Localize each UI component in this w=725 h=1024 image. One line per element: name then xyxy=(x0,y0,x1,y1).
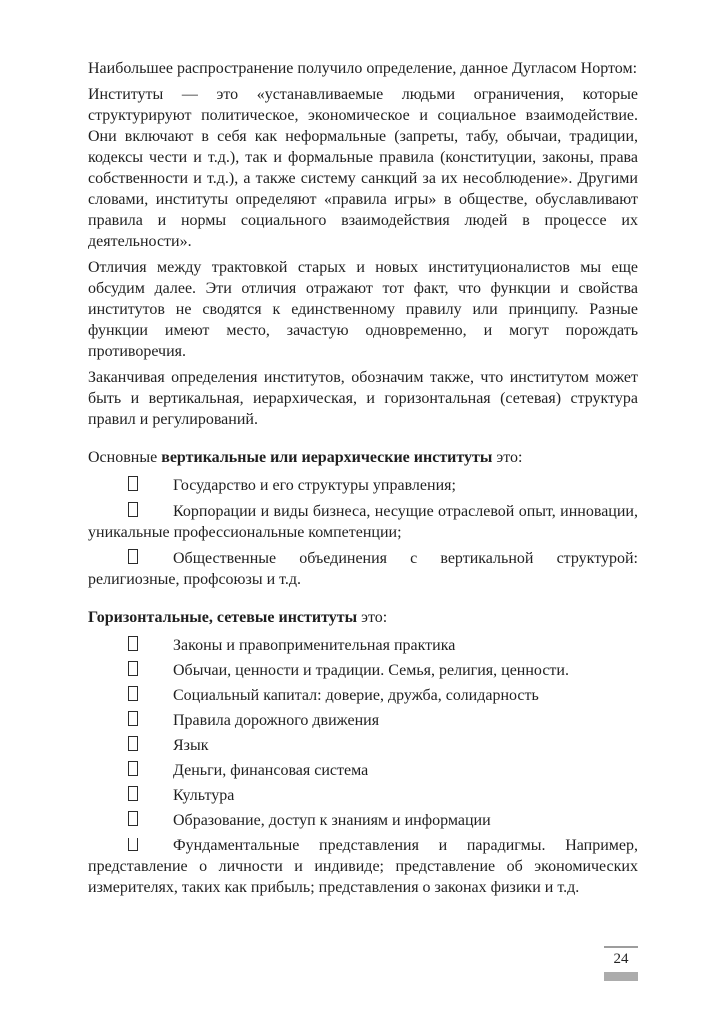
heading-bold-text: Горизонтальные, сетевые институты xyxy=(88,609,357,626)
book-page: { "document": { "paragraphs": [ "Наиболь… xyxy=(0,0,725,1024)
heading-prefix: Основные xyxy=(88,449,161,466)
paragraph-vertical-horizontal: Заканчивая определения институтов, обозн… xyxy=(88,367,638,430)
bullet-box-icon xyxy=(88,501,173,522)
list-item: Общественные объединения с вертикальной … xyxy=(88,548,638,590)
heading-suffix: это: xyxy=(357,609,387,626)
bullet-box-icon xyxy=(88,685,173,706)
heading-suffix: это: xyxy=(492,449,522,466)
bullet-open-box-icon xyxy=(88,835,173,856)
bullet-box-icon xyxy=(88,735,173,756)
list-item: Деньги, финансовая система xyxy=(88,760,638,781)
bullet-box-icon xyxy=(88,710,173,731)
list-item-text: Государство и его структуры управления; xyxy=(173,477,456,494)
bullet-box-icon xyxy=(88,635,173,656)
heading-vertical-institutes: Основные вертикальные или иерархические … xyxy=(88,447,638,468)
list-item: Социальный капитал: доверие, дружба, сол… xyxy=(88,685,638,706)
list-item-text: Правила дорожного движения xyxy=(173,712,379,729)
paragraph-old-new-institutionalists: Отличия между трактовкой старых и новых … xyxy=(88,257,638,362)
heading-bold-text: вертикальные или иерархические институты xyxy=(161,449,492,466)
list-item-text: Культура xyxy=(173,787,234,804)
list-item-text: Деньги, финансовая система xyxy=(173,762,368,779)
list-item: Государство и его структуры управления; xyxy=(88,475,638,496)
paragraph-institutions-definition: Институты — это «устанавливаемые людьми … xyxy=(88,84,638,252)
list-item: Образование, доступ к знаниям и информац… xyxy=(88,810,638,831)
list-item-text: Обычаи, ценности и традиции. Семья, рели… xyxy=(173,662,569,679)
heading-horizontal-institutes: Горизонтальные, сетевые институты это: xyxy=(88,607,638,628)
page-content: Наибольшее распространение получило опре… xyxy=(88,58,638,902)
bullet-box-icon xyxy=(88,660,173,681)
list-item: Обычаи, ценности и традиции. Семья, рели… xyxy=(88,660,638,681)
bullet-box-icon xyxy=(88,810,173,831)
bullet-box-icon xyxy=(88,785,173,806)
list-item-text: Образование, доступ к знаниям и информац… xyxy=(173,812,491,829)
page-footer: 24 xyxy=(604,946,638,981)
list-item-text: Язык xyxy=(173,737,209,754)
page-number: 24 xyxy=(604,949,638,969)
list-item: Правила дорожного движения xyxy=(88,710,638,731)
list-item-text: Законы и правоприменительная практика xyxy=(173,637,455,654)
footer-bar xyxy=(604,972,638,981)
bullet-box-icon xyxy=(88,475,173,496)
bullet-box-icon xyxy=(88,760,173,781)
list-item: Корпорации и виды бизнеса, несущие отрас… xyxy=(88,501,638,543)
list-item-text: Социальный капитал: доверие, дружба, сол… xyxy=(173,687,539,704)
bullet-box-icon xyxy=(88,548,173,569)
list-item: Культура xyxy=(88,785,638,806)
list-item: Фундаментальные представления и парадигм… xyxy=(88,835,638,898)
footer-rule xyxy=(604,946,638,948)
list-item: Язык xyxy=(88,735,638,756)
paragraph-north-intro: Наибольшее распространение получило опре… xyxy=(88,58,638,79)
list-item: Законы и правоприменительная практика xyxy=(88,635,638,656)
